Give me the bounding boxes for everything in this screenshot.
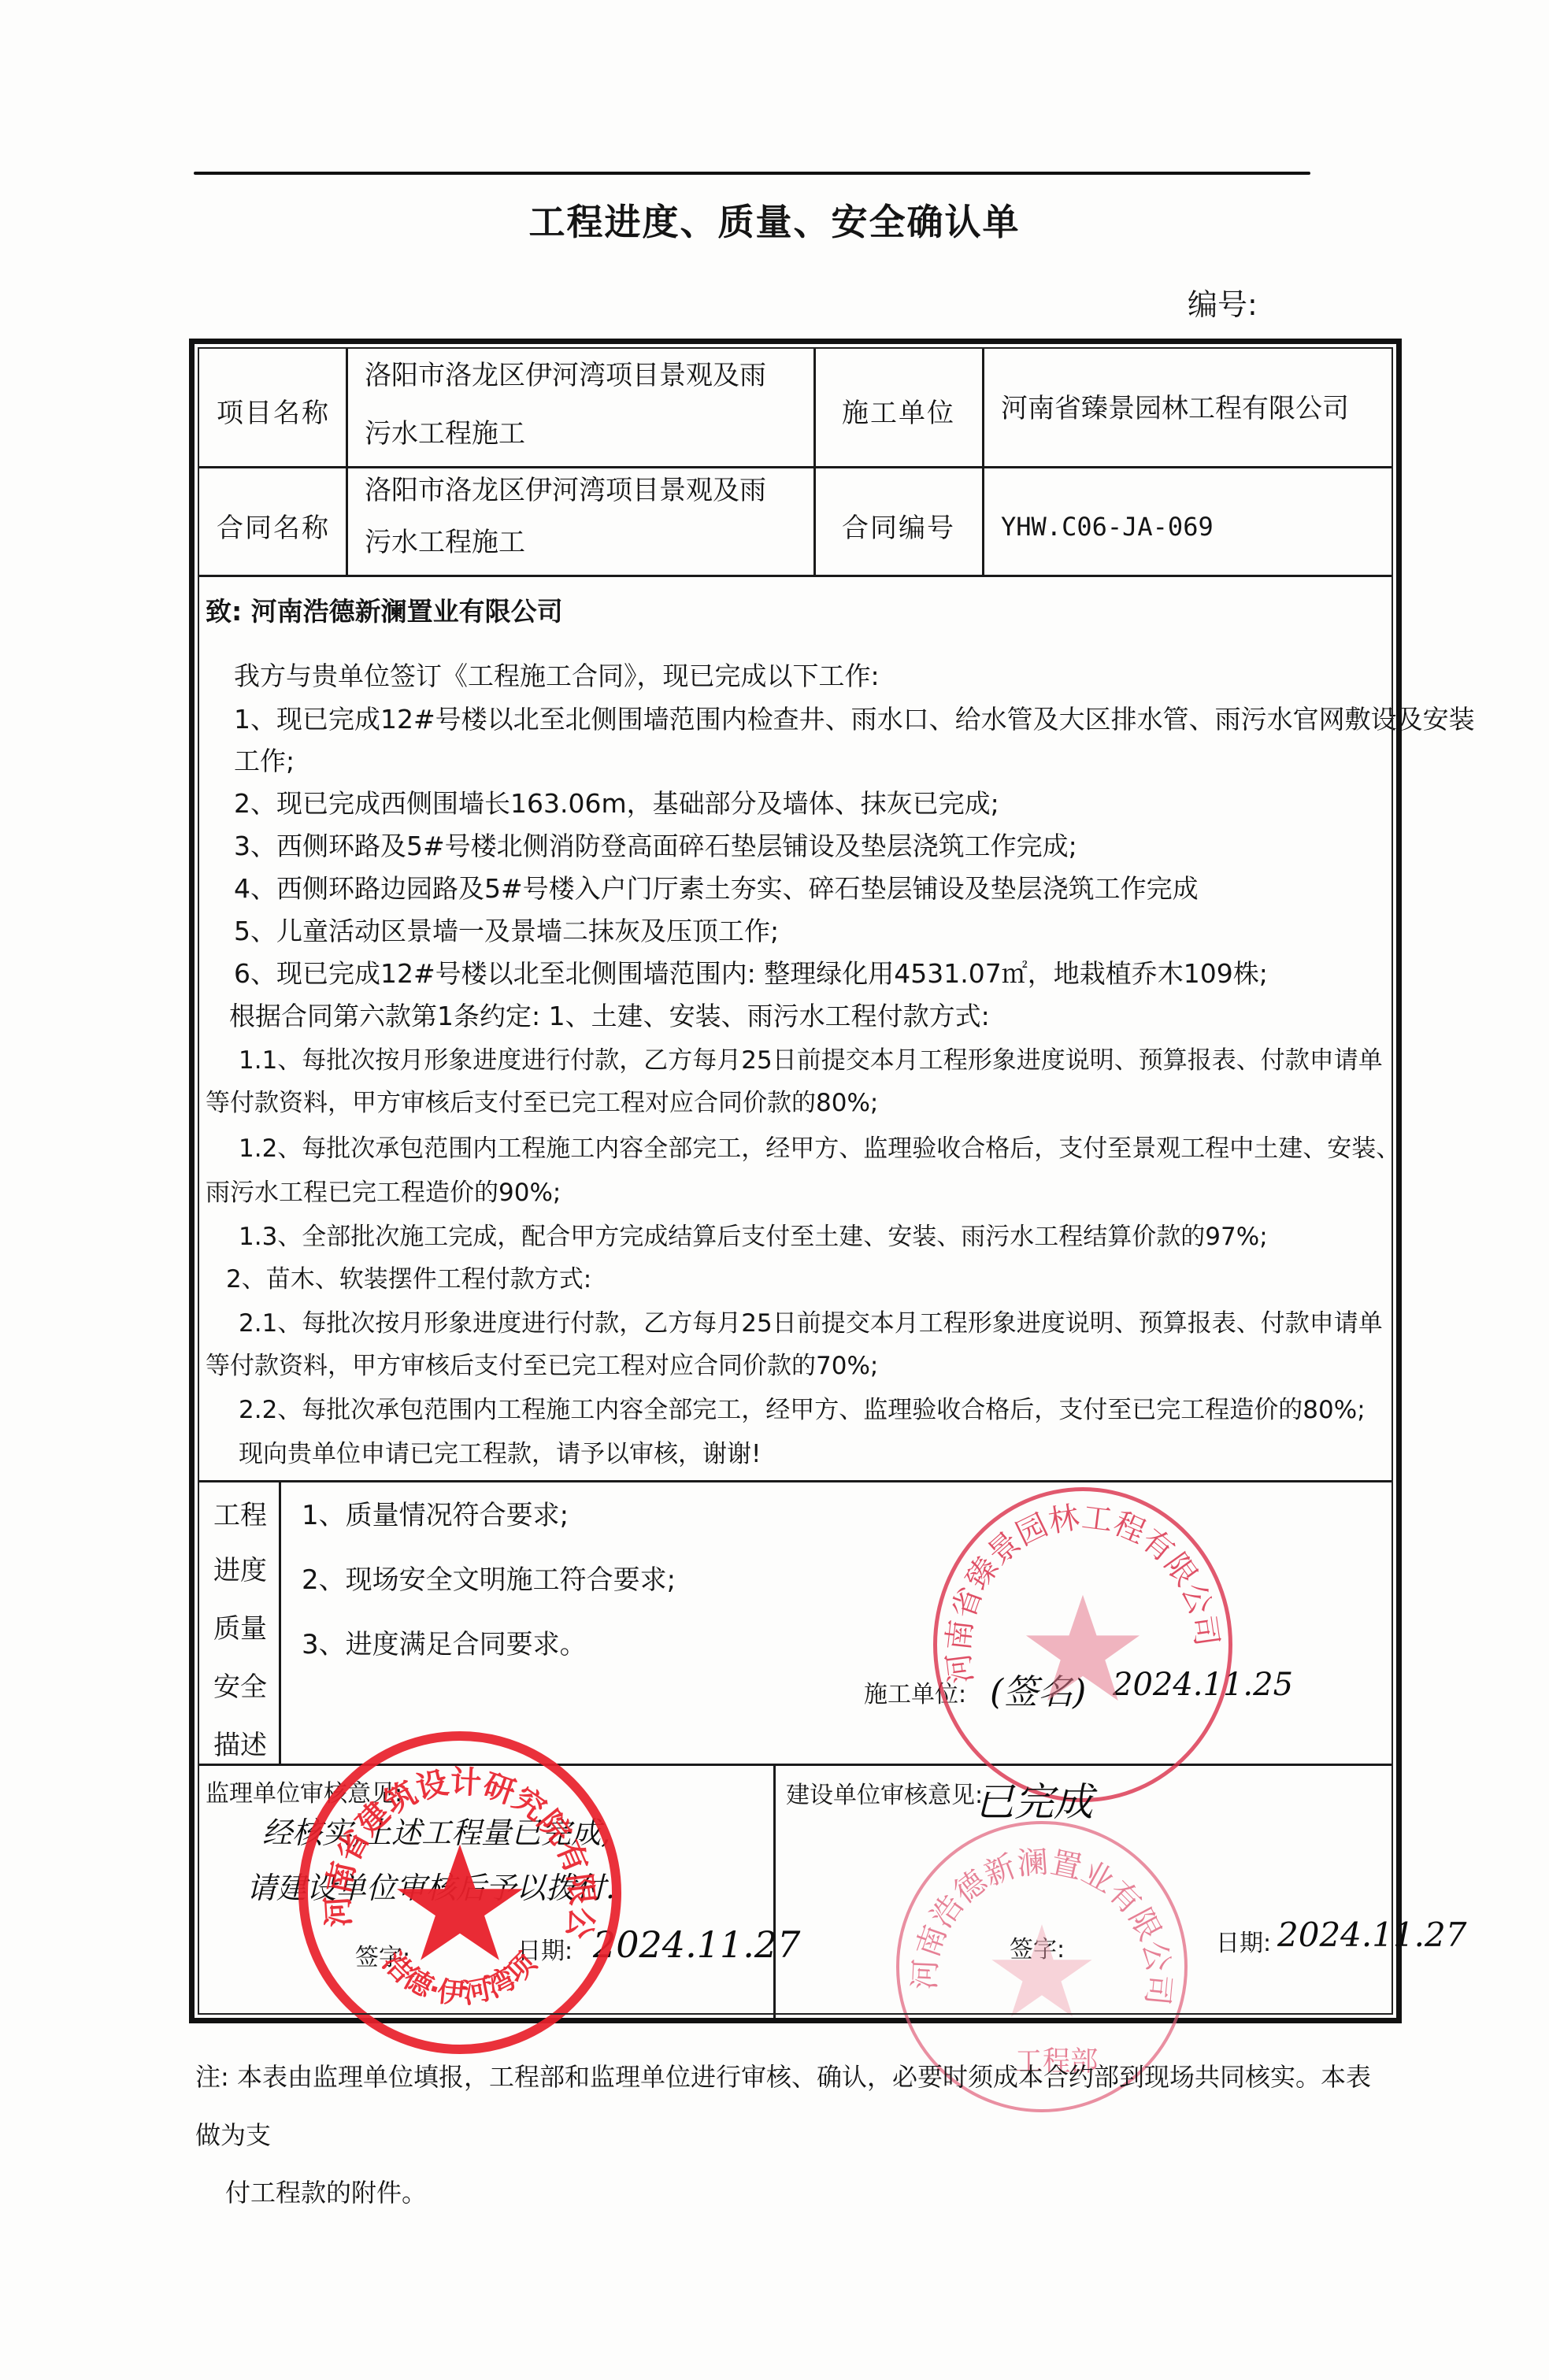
project-name-line2: 污水工程施工 [365, 413, 525, 455]
footnote-line2: 付工程款的附件。 [195, 2164, 1377, 2223]
supervision-review-cell: 监理单位审核意见: 经核实,上述工程量已完成, 请建设单位审核后予以拨付. 签字… [199, 1766, 776, 2018]
completed-item-5: 5、儿童活动区景墙一及景墙二抹灰及压顶工作; [234, 911, 779, 948]
completed-item-3: 3、西侧环路及5#号楼北侧消防登高面碎石垫层铺设及垫层浇筑工作完成; [234, 826, 1077, 863]
contractor-label: 施工单位 [842, 391, 955, 430]
section-side-label: 工程 进度 质量 安全 描述 [199, 1482, 281, 1764]
contractor-sign-label: 施工单位: [864, 1675, 966, 1709]
document-number-label: 编号: [1188, 280, 1258, 324]
completed-item-1: 1、现已完成12#号楼以北至北侧围墙范围内检查井、雨水口、给水管及大区排水管、雨… [234, 699, 1475, 736]
quality-item-1: 1、质量情况符合要求; [302, 1494, 569, 1532]
side-label-1: 工程 [213, 1494, 267, 1532]
completed-item-1-cont: 工作; [234, 741, 295, 778]
contractor-seal-text: 河南省臻景园林工程有限公司 [941, 1500, 1225, 1686]
form-footnote: 注: 本表由监理单位填报，工程部和监理单位进行审核、确认，必要时须成本合约部到现… [195, 2049, 1377, 2223]
document-title: 工程进度、质量、安全确认单 [0, 194, 1549, 246]
payment-term-1-2-cont: 雨污水工程已完工程造价的90%; [206, 1172, 561, 1208]
payment-term-1-2: 1.2、每批次承包范围内工程施工内容全部完工，经甲方、监理验收合格后，支付至景观… [239, 1128, 1400, 1164]
contract-name-row: 合同名称 洛阳市洛龙区伊河湾项目景观及雨 污水工程施工 合同编号 YHW.C06… [199, 468, 1392, 577]
supervision-review-label: 监理单位审核意见: [206, 1774, 402, 1808]
completed-item-4: 4、西侧环路边园路及5#号楼入户门厅素土夯实、碎石垫层铺设及垫层浇筑工作完成 [234, 868, 1199, 905]
side-label-3: 质量 [213, 1607, 267, 1645]
supervision-date-label: 日期: [517, 1931, 573, 1966]
contractor-sign-date: 2024.11.25 [1113, 1667, 1293, 1703]
letter-intro: 我方与贵单位签订《工程施工合同》，现已完成以下工作: [234, 656, 880, 693]
project-name-row: 项目名称 洛阳市洛龙区伊河湾项目景观及雨 污水工程施工 施工单位 河南省臻景园林… [199, 349, 1392, 468]
supervision-date: 2024.11.27 [593, 1923, 800, 1966]
contractor-signature: (签名) [990, 1664, 1086, 1714]
side-label-4: 安全 [213, 1665, 267, 1704]
contractor-company-seal: 河南省臻景园林工程有限公司 [933, 1487, 1232, 1802]
contract-name-line1: 洛阳市洛龙区伊河湾项目景观及雨 [365, 470, 766, 512]
contract-name-line2: 污水工程施工 [365, 522, 525, 564]
completed-item-2: 2、现已完成西侧围墙长163.06m，基础部分及墙体、抹灰已完成; [234, 783, 999, 820]
supervision-opinion-line1: 经核实,上述工程量已完成, [262, 1808, 610, 1852]
supervision-opinion-line2: 请建设单位审核后予以拨付. [246, 1864, 615, 1907]
contractor-value: 河南省臻景园林工程有限公司 [1001, 388, 1349, 430]
owner-seal-text: 河南浩德新澜置业有限公司 [907, 1845, 1177, 2007]
side-label-2: 进度 [213, 1549, 267, 1587]
footnote-line1: 注: 本表由监理单位填报，工程部和监理单位进行审核、确认，必要时须成本合约部到现… [195, 2049, 1377, 2164]
completed-item-6: 6、现已完成12#号楼以北至北侧围墙范围内: 整理绿化用4531.07㎡，地栽植… [234, 953, 1268, 990]
payment-term-1-3: 1.3、全部批次施工完成，配合甲方完成结算后支付至土建、安装、雨污水工程结算价款… [239, 1216, 1268, 1252]
supervision-sign-label: 签字: [355, 1938, 410, 1972]
owner-review-label: 建设单位审核意见: [786, 1775, 983, 1810]
review-section: 监理单位审核意见: 经核实,上述工程量已完成, 请建设单位审核后予以拨付. 签字… [199, 1766, 1392, 2018]
payment-term-2-1-cont: 等付款资料，甲方审核后支付至已完工程对应合同价款的70%; [206, 1345, 878, 1381]
contract-name-label: 合同名称 [217, 506, 330, 545]
side-label-5: 描述 [213, 1723, 267, 1762]
owner-opinion: 已完成 [975, 1771, 1093, 1827]
letter-body: 致: 河南浩德新澜置业有限公司 我方与贵单位签订《工程施工合同》，现已完成以下工… [199, 577, 1392, 1482]
owner-date: 2024.11.27 [1277, 1915, 1466, 1954]
project-name-label: 项目名称 [217, 391, 330, 430]
progress-quality-safety-section: 工程 进度 质量 安全 描述 1、质量情况符合要求; 2、现场安全文明施工符合要… [199, 1482, 1392, 1766]
svg-text:河南浩德新澜置业有限公司: 河南浩德新澜置业有限公司 [907, 1845, 1177, 2007]
owner-sign-label: 签字: [1010, 1930, 1065, 1964]
letter-recipient: 致: 河南浩德新澜置业有限公司 [206, 591, 563, 628]
payment-term-1-1-cont: 等付款资料，甲方审核后支付至已完工程对应合同价款的80%; [206, 1083, 878, 1118]
quality-item-2: 2、现场安全文明施工符合要求; [302, 1558, 676, 1597]
payment-intro: 根据合同第六款第1条约定: 1、土建、安装、雨污水工程付款方式: [229, 996, 990, 1033]
quality-item-3: 3、进度满足合同要求。 [302, 1623, 587, 1661]
payment-term-1-1: 1.1、每批次按月形象进度进行付款，乙方每月25日前提交本月工程形象进度说明、预… [239, 1040, 1383, 1075]
contract-number-label: 合同编号 [842, 506, 955, 545]
payment-term-2-2: 2.2、每批次承包范围内工程施工内容全部完工，经甲方、监理验收合格后，支付至已完… [239, 1390, 1366, 1425]
top-rule-divider [194, 172, 1310, 175]
payment-term-2: 2、苗木、软装摆件工程付款方式: [226, 1259, 591, 1294]
confirmation-form-table: 项目名称 洛阳市洛龙区伊河湾项目景观及雨 污水工程施工 施工单位 河南省臻景园林… [189, 339, 1402, 2023]
owner-review-cell: 建设单位审核意见: 已完成 签字: 日期: 2024.11.27 河南浩德新澜置… [778, 1766, 1392, 2018]
payment-term-2-1: 2.1、每批次按月形象进度进行付款，乙方每月25日前提交本月工程形象进度说明、预… [239, 1303, 1383, 1338]
payment-request: 现向贵单位申请已完工程款，请予以审核，谢谢! [239, 1434, 761, 1469]
project-name-line1: 洛阳市洛龙区伊河湾项目景观及雨 [365, 355, 766, 397]
contract-number-value: YHW.C06-JA-069 [1001, 508, 1214, 547]
svg-text:河南省臻景园林工程有限公司: 河南省臻景园林工程有限公司 [941, 1500, 1225, 1686]
owner-date-label: 日期: [1216, 1923, 1271, 1958]
